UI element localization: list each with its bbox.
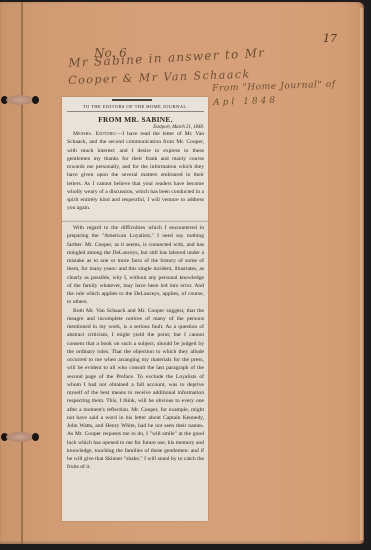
- binding-crease: [21, 2, 23, 544]
- binding-tie-bottom: [0, 430, 42, 444]
- page-number: 17: [323, 32, 337, 45]
- clipping-paragraph: With regard to the difficulties which I …: [67, 224, 204, 307]
- page-edge: [360, 8, 363, 540]
- binding-hole-icon: [32, 433, 39, 441]
- clipping-paragraph: Messrs. Editors:—I have read the letter …: [67, 130, 204, 213]
- binding-string: [6, 95, 34, 105]
- clipping-headline: FROM MR. SABINE.: [67, 115, 204, 124]
- binding-string: [6, 432, 34, 442]
- clipping-paragraph: Both Mr. Van Schaack and Mr. Cooper sugg…: [67, 307, 204, 472]
- newspaper-clipping-bottom: With regard to the difficulties which I …: [62, 221, 208, 521]
- clipping-seam: [62, 221, 208, 222]
- handwritten-date-note: Apl 1848: [213, 96, 278, 108]
- binding-hole-icon: [32, 96, 39, 104]
- binding-tie-top: [0, 93, 42, 107]
- salutation: Messrs. Editors:: [73, 131, 117, 137]
- paragraph-text: —I have read the letter of Mr. Van Schaa…: [67, 131, 204, 211]
- handwritten-source-note: From "Home Journal" of: [212, 80, 336, 94]
- newspaper-clipping-top: TO THE EDITORS OF THE HOME JOURNAL. FROM…: [62, 97, 208, 222]
- clipping-masthead: TO THE EDITORS OF THE HOME JOURNAL.: [67, 101, 204, 112]
